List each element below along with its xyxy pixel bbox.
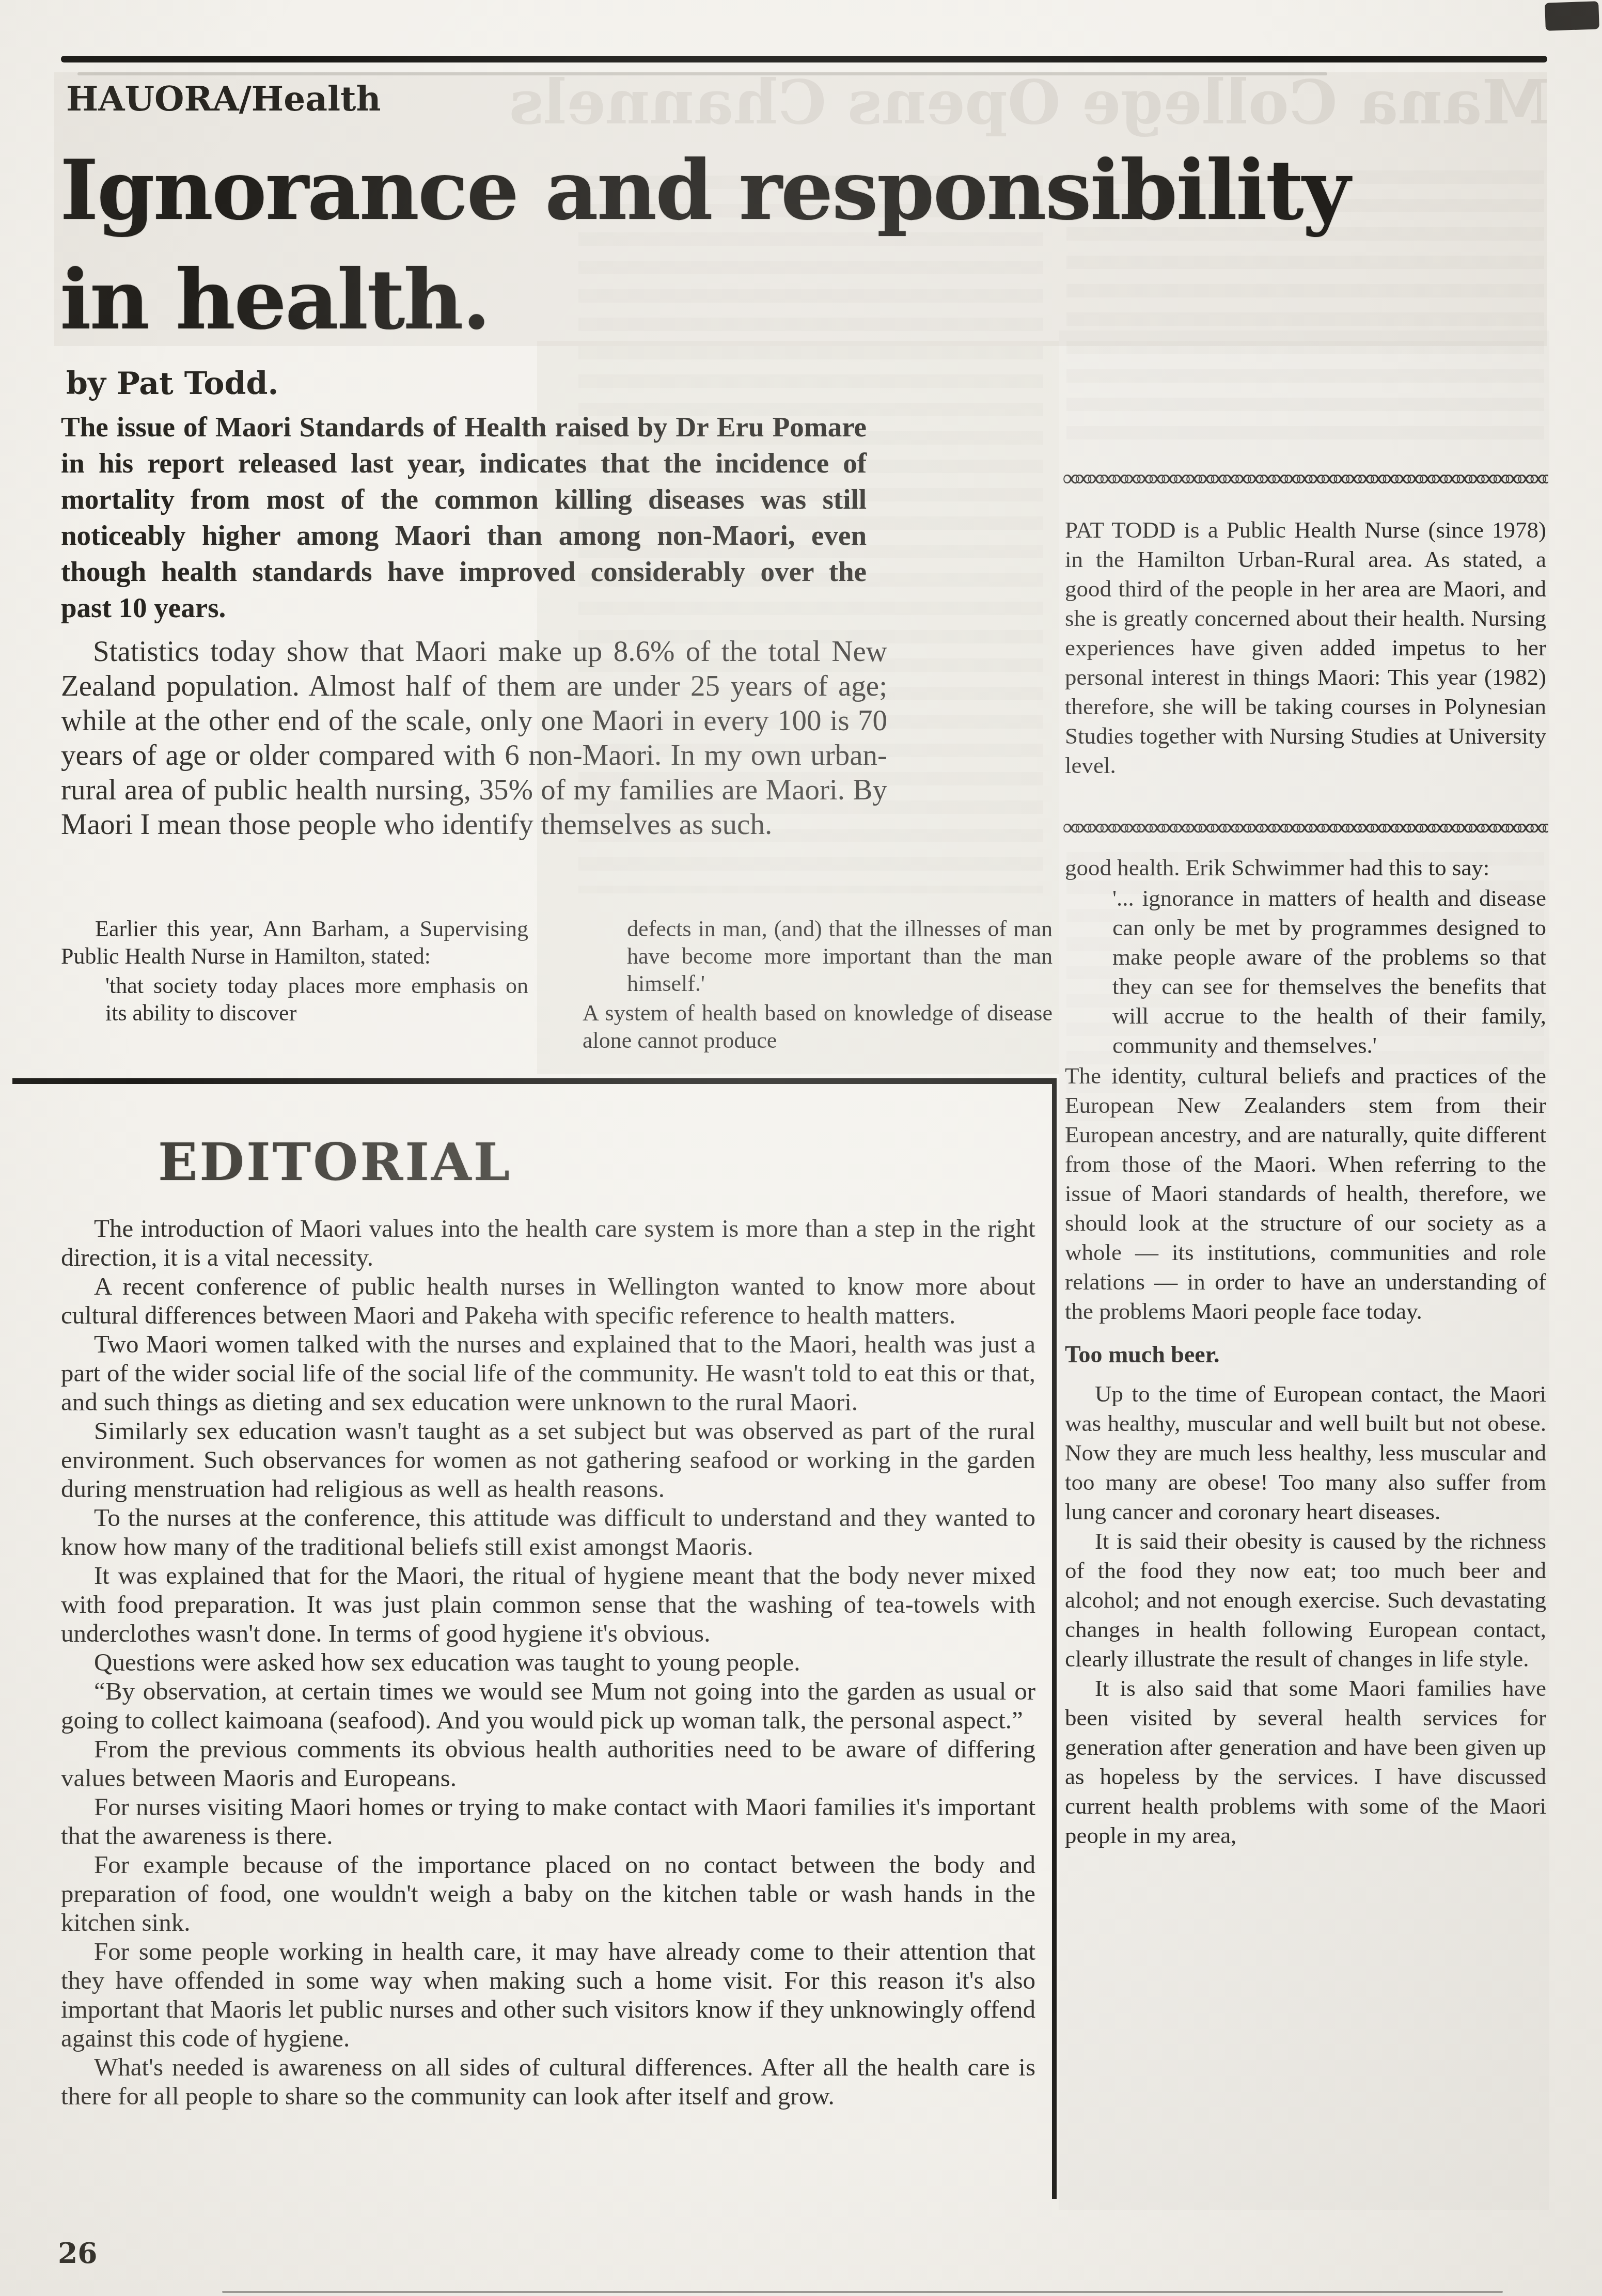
paragraph: A system of health based on knowledge of…	[583, 999, 1053, 1054]
paragraph: From the previous comments its obvious h…	[61, 1735, 1035, 1792]
paragraph: It is also said that some Maori families…	[1065, 1674, 1546, 1850]
column-right: good health. Erik Schwimmer had this to …	[1065, 853, 1546, 1850]
byline: by Pat Todd.	[66, 366, 278, 402]
paragraph: Up to the time of European contact, the …	[1065, 1379, 1546, 1527]
lede-paragraph: The issue of Maori Standards of Health r…	[61, 409, 867, 626]
article-headline: Ignorance and responsibility in health.	[60, 135, 1583, 354]
headline-line-2: in health.	[60, 245, 1583, 354]
page-number: 26	[58, 2236, 98, 2270]
section-label: HAUORA/Health	[66, 78, 381, 119]
quote: 'that society today places more emphasis…	[105, 972, 528, 1027]
statistics-paragraph: Statistics today show that Maori make up…	[61, 634, 887, 842]
paragraph: good health. Erik Schwimmer had this to …	[1065, 853, 1546, 883]
paragraph: Earlier this year, Ann Barham, a Supervi…	[61, 915, 528, 970]
paragraph: Questions were asked how sex education w…	[61, 1648, 1035, 1677]
paragraph: A recent conference of public health nur…	[61, 1272, 1035, 1330]
top-rule	[61, 56, 1547, 62]
paragraph: Similarly sex education wasn't taught as…	[61, 1417, 1035, 1503]
author-bio-box: PAT TODD is a Public Health Nurse (since…	[1065, 515, 1546, 780]
quote: defects in man, (and) that the illnesses…	[627, 915, 1053, 997]
paragraph: To the nurses at the conference, this at…	[61, 1503, 1035, 1561]
paragraph: For example because of the importance pl…	[61, 1850, 1035, 1937]
paragraph: What's needed is awareness on all sides …	[61, 2053, 1035, 2111]
paragraph: It was explained that for the Maori, the…	[61, 1561, 1035, 1648]
subheading-too-much-beer: Too much beer.	[1065, 1340, 1546, 1369]
paragraph: The identity, cultural beliefs and pract…	[1065, 1061, 1546, 1326]
editorial-heading: EDITORIAL	[158, 1131, 1052, 1192]
column-left: Earlier this year, Ann Barham, a Supervi…	[61, 915, 528, 1027]
top-rule-smudge	[77, 72, 1327, 75]
paragraph: It is said their obesity is caused by th…	[1065, 1527, 1546, 1674]
column-middle: defects in man, (and) that the illnesses…	[583, 915, 1053, 1054]
editorial-box: EDITORIAL The introduction of Maori valu…	[12, 1078, 1057, 2199]
scan-bottom-edge	[222, 2291, 1503, 2293]
scan-corner-mark	[1545, 1, 1599, 31]
paragraph: For nurses visiting Maori homes or tryin…	[61, 1792, 1035, 1850]
bleedthrough-headline: Mana College Opens Channels	[522, 66, 1549, 138]
chain-border-top: ∞∞∞∞∞∞∞∞∞∞∞∞∞∞∞∞∞∞∞∞∞∞∞∞∞∞∞∞∞∞∞∞∞∞∞∞∞∞∞∞…	[1063, 466, 1548, 493]
headline-line-1: Ignorance and responsibility	[60, 135, 1583, 245]
editorial-body: The introduction of Maori values into th…	[61, 1214, 1035, 2111]
paragraph: Two Maori women talked with the nurses a…	[61, 1330, 1035, 1417]
chain-border-bottom: ∞∞∞∞∞∞∞∞∞∞∞∞∞∞∞∞∞∞∞∞∞∞∞∞∞∞∞∞∞∞∞∞∞∞∞∞∞∞∞∞…	[1063, 815, 1548, 842]
paragraph: For some people working in health care, …	[61, 1937, 1035, 2053]
paragraph: The introduction of Maori values into th…	[61, 1214, 1035, 1272]
paragraph: “By observation, at certain times we wou…	[61, 1677, 1035, 1735]
quote: '... ignorance in matters of health and …	[1112, 884, 1546, 1060]
newspaper-page: Mana College Opens Channels HAUORA/Healt…	[0, 0, 1602, 2296]
